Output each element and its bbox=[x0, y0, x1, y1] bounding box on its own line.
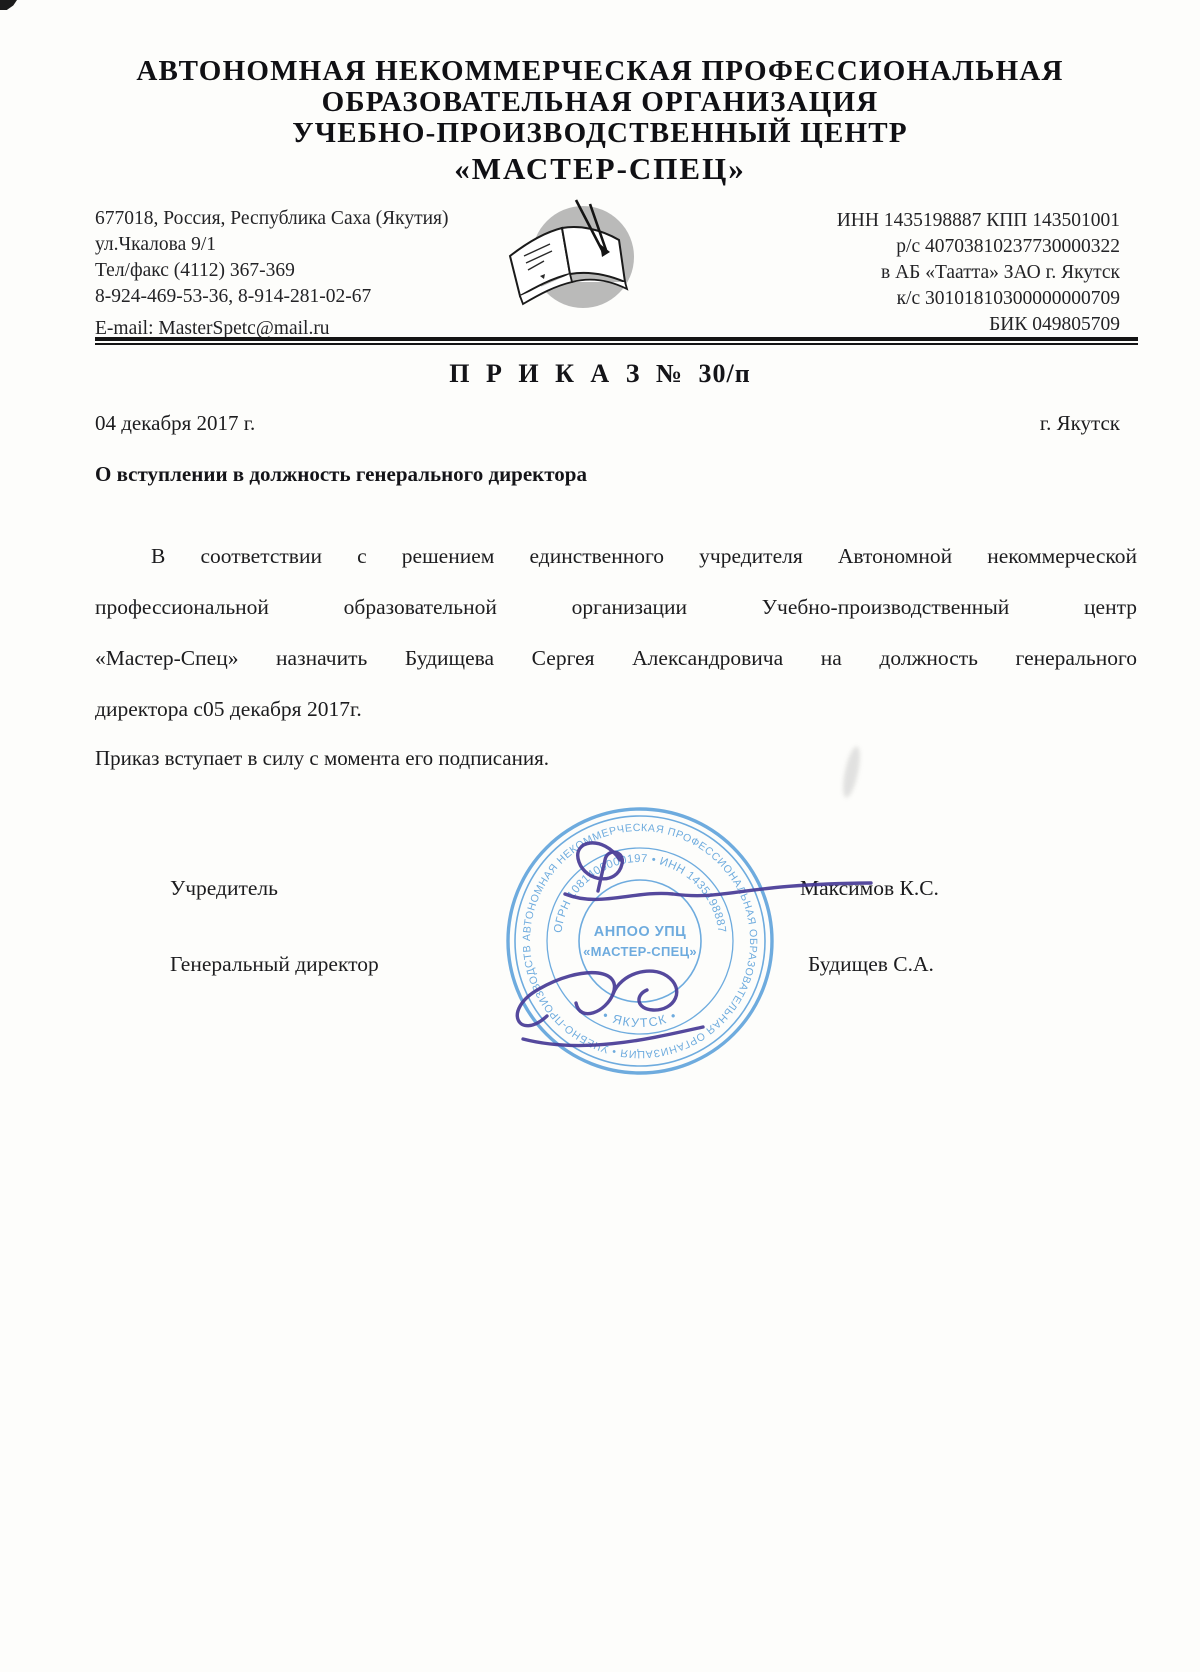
handwritten-signatures-icon bbox=[495, 798, 895, 1088]
order-city: г. Якутск bbox=[1040, 411, 1120, 436]
order-body-paragraph: В соответствии с решением единственного … bbox=[95, 531, 1137, 735]
org-brand-name: «МАСТЕР-СПЕЦ» bbox=[0, 152, 1200, 186]
contact-address-block: 677018, Россия, Республика Саха (Якутия)… bbox=[95, 206, 525, 342]
signer-role: Учредитель bbox=[170, 876, 278, 901]
org-name-line: ОБРАЗОВАТЕЛЬНАЯ ОРГАНИЗАЦИЯ bbox=[0, 87, 1200, 118]
open-book-pen-logo-icon bbox=[488, 194, 653, 318]
date-city-row: 04 декабря 2017 г. г. Якутск bbox=[95, 411, 1120, 436]
street-address: ул.Чкалова 9/1 bbox=[95, 232, 525, 258]
body-line: «Мастер-Спец» назначить Будищева Сергея … bbox=[95, 633, 1137, 684]
order-subject: О вступлении в должность генерального ди… bbox=[95, 462, 587, 487]
signer-name: Будищев С.А. bbox=[808, 952, 934, 977]
org-name-line: УЧЕБНО-ПРОИЗВОДСТВЕННЫЙ ЦЕНТР bbox=[0, 118, 1200, 149]
phone-fax: Тел/факс (4112) 367-369 bbox=[95, 258, 525, 284]
stamp-and-signatures: АВТОНОМНАЯ НЕКОММЕРЧЕСКАЯ ПРОФЕССИОНАЛЬН… bbox=[495, 798, 895, 1088]
body-line: В соответствии с решением единственного … bbox=[95, 531, 1137, 582]
order-title: П Р И К А З № 30/п bbox=[0, 359, 1200, 389]
stamp-inner-line1: АНПОО УПЦ bbox=[594, 924, 686, 940]
letterhead-org-name: АВТОНОМНАЯ НЕКОММЕРЧЕСКАЯ ПРОФЕССИОНАЛЬН… bbox=[0, 56, 1200, 186]
settlement-account: р/с 40703810237730000322 bbox=[670, 234, 1120, 260]
scan-smudge bbox=[840, 745, 864, 799]
signer-name: Максимов К.С. bbox=[800, 876, 939, 901]
mobile-phones: 8-924-469-53-36, 8-914-281-02-67 bbox=[95, 284, 525, 310]
bik: БИК 049805709 bbox=[670, 312, 1120, 338]
bank-name: в АБ «Таатта» ЗАО г. Якутск bbox=[670, 260, 1120, 286]
inn-kpp: ИНН 1435198887 КПП 143501001 bbox=[670, 208, 1120, 234]
signature-row-founder: Учредитель Максимов К.С. bbox=[95, 876, 1120, 906]
body-line: профессиональной образовательной организ… bbox=[95, 582, 1137, 633]
letterhead-divider bbox=[95, 337, 1138, 345]
body-line: директора с05 декабря 2017г. bbox=[95, 684, 1137, 735]
svg-text:• ЯКУТСК •: • ЯКУТСК • bbox=[601, 1008, 680, 1030]
svg-text:АВТОНОМНАЯ НЕКОММЕРЧЕСКАЯ ПРОФ: АВТОНОМНАЯ НЕКОММЕРЧЕСКАЯ ПРОФЕССИОНАЛЬН… bbox=[505, 806, 759, 1060]
postal-address: 677018, Россия, Республика Саха (Якутия) bbox=[95, 206, 525, 232]
correspondent-account: к/с 30101810300000000709 bbox=[670, 286, 1120, 312]
round-stamp-icon: АВТОНОМНАЯ НЕКОММЕРЧЕСКАЯ ПРОФЕССИОНАЛЬН… bbox=[505, 806, 775, 1076]
stamp-outer-ring-text: АВТОНОМНАЯ НЕКОММЕРЧЕСКАЯ ПРОФЕССИОНАЛЬН… bbox=[505, 806, 759, 1060]
scanned-order-document: АВТОНОМНАЯ НЕКОММЕРЧЕСКАЯ ПРОФЕССИОНАЛЬН… bbox=[0, 0, 1200, 1672]
order-effect-line: Приказ вступает в силу с момента его под… bbox=[95, 746, 549, 771]
order-date: 04 декабря 2017 г. bbox=[95, 411, 255, 436]
signer-role: Генеральный директор bbox=[170, 952, 379, 977]
org-name-line: АВТОНОМНАЯ НЕКОММЕРЧЕСКАЯ ПРОФЕССИОНАЛЬН… bbox=[0, 56, 1200, 87]
signature-row-director: Генеральный директор Будищев С.А. bbox=[95, 952, 1120, 982]
bank-details-block: ИНН 1435198887 КПП 143501001 р/с 4070381… bbox=[670, 208, 1120, 338]
scan-corner-artifact bbox=[0, 0, 17, 10]
stamp-city-text: • ЯКУТСК • bbox=[601, 1008, 680, 1030]
